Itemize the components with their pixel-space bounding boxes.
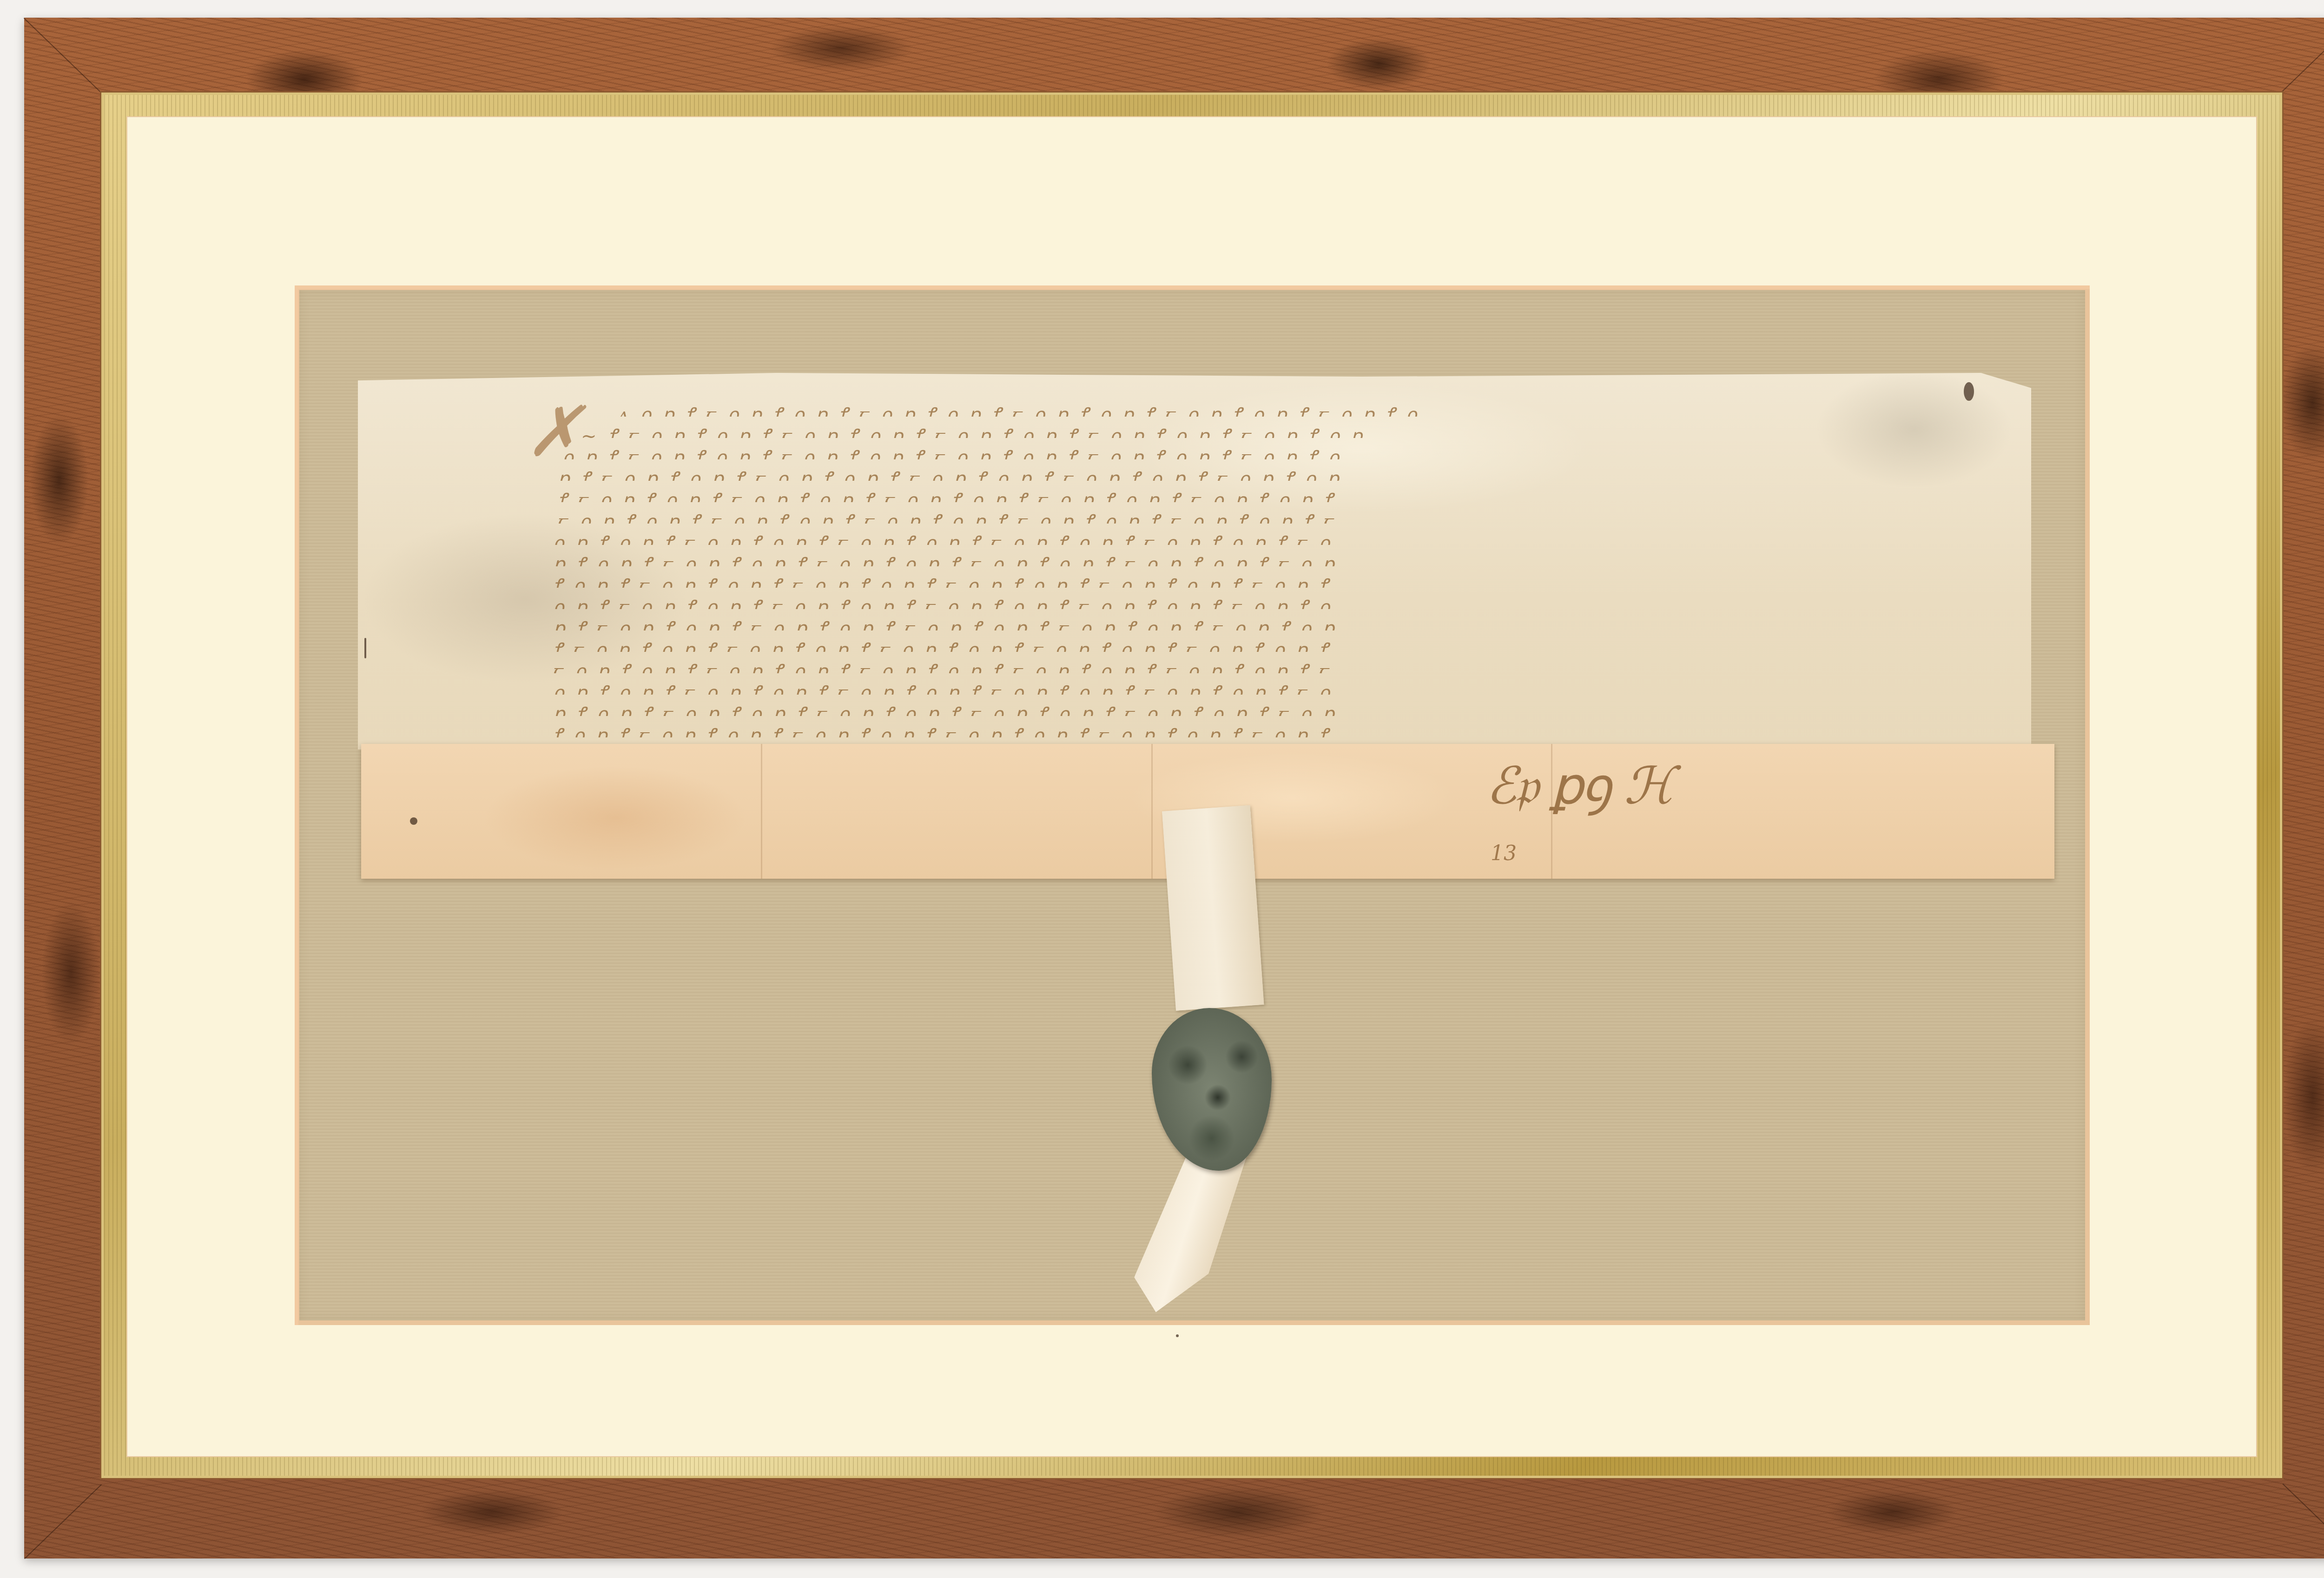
signature-number: 13 (1491, 842, 1517, 865)
mat-speck (1176, 1334, 1179, 1337)
script-line-2: ~ ꝭ ꞇ ꝯ ꝑ ꝭ ꝯ ꝑ ꝭ ꞇ ꝯ ꝑ ꝭ ꝯ ꝑ ꝭ ꞇ ꝯ ꝑ ꝭ … (581, 422, 1994, 438)
ink-blot (1964, 382, 1974, 401)
script-line-5: ꝭ ꞇ ꝯ ꝑ ꝭ ꝯ ꝑ ꝭ ꞇ ꝯ ꝑ ꝭ ꝯ ꝑ ꝭ ꞇ ꝯ ꝑ ꝭ ꝯ … (558, 486, 1994, 502)
parchment-document: ✗ ᴧ ꝯ ꝑ ꝭ ꞇ ꝯ ꝑ ꝭ ꝯ ꝑ ꝭ ꞇ ꝯ ꝑ ꝭ ꝯ ꝑ ꝭ ꞇ … (358, 373, 2031, 749)
crease-line (1151, 744, 1153, 879)
script-line-13: ꞇ ꝯ ꝑ ꝭ ꝯ ꝑ ꝭ ꞇ ꝯ ꝑ ꝭ ꝯ ꝑ ꝭ ꞇ ꝯ ꝑ ꝭ ꝯ ꝑ … (553, 657, 1994, 673)
script-line-7: ꝯ ꝑ ꝭ ꝯ ꝑ ꝭ ꞇ ꝯ ꝑ ꝭ ꝯ ꝑ ꝭ ꞇ ꝯ ꝑ ꝭ ꝯ ꝑ ꝭ … (553, 529, 1994, 545)
notary-signature: ℰ𝔭 ꝑꝯ ℋ (1486, 762, 1839, 865)
script-line-12: ꝭ ꞇ ꝯ ꝑ ꝭ ꝯ ꝑ ꝭ ꞇ ꝯ ꝑ ꝭ ꝯ ꝑ ꝭ ꞇ ꝯ ꝑ ꝭ ꝯ … (553, 636, 1994, 652)
seal-tag-upper (1162, 805, 1264, 1011)
margin-tick (364, 638, 366, 658)
script-line-8: ꝑ ꝭ ꝯ ꝑ ꝭ ꞇ ꝯ ꝑ ꝭ ꝯ ꝑ ꝭ ꞇ ꝯ ꝑ ꝭ ꝯ ꝑ ꝭ ꞇ … (553, 550, 1994, 566)
script-line-4: ꝑ ꝭ ꞇ ꝯ ꝑ ꝭ ꝯ ꝑ ꝭ ꞇ ꝯ ꝑ ꝭ ꝯ ꝑ ꝭ ꞇ ꝯ ꝑ ꝭ … (558, 465, 1994, 481)
script-line-3: ꝯ ꝑ ꝭ ꞇ ꝯ ꝑ ꝭ ꝯ ꝑ ꝭ ꞇ ꝯ ꝑ ꝭ ꝯ ꝑ ꝭ ꞇ ꝯ ꝑ … (562, 444, 1994, 459)
script-line-9: ꝭ ꝯ ꝑ ꝭ ꞇ ꝯ ꝑ ꝭ ꝯ ꝑ ꝭ ꞇ ꝯ ꝑ ꝭ ꝯ ꝑ ꝭ ꞇ ꝯ … (553, 572, 1994, 588)
crease-line (761, 744, 762, 879)
script-line-1: ᴧ ꝯ ꝑ ꝭ ꞇ ꝯ ꝑ ꝭ ꝯ ꝑ ꝭ ꞇ ꝯ ꝑ ꝭ ꝯ ꝑ ꝭ ꞇ ꝯ … (618, 401, 1994, 417)
script-line-6: ꞇ ꝯ ꝑ ꝭ ꝯ ꝑ ꝭ ꞇ ꝯ ꝑ ꝭ ꝯ ꝑ ꝭ ꞇ ꝯ ꝑ ꝭ ꝯ ꝑ … (558, 508, 1994, 524)
frame-miter-bottom-right (2283, 1484, 2324, 1558)
script-line-16: ꝭ ꝯ ꝑ ꝭ ꞇ ꝯ ꝑ ꝭ ꝯ ꝑ ꝭ ꞇ ꝯ ꝑ ꝭ ꝯ ꝑ ꝭ ꞇ ꝯ … (553, 722, 1994, 737)
frame-miter-bottom-left (24, 1484, 102, 1559)
frame-miter-top-right (2282, 17, 2324, 92)
opening-cross-mark: ✗ (525, 391, 584, 472)
script-line-11: ꝑ ꝭ ꞇ ꝯ ꝑ ꝭ ꝯ ꝑ ꝭ ꞇ ꝯ ꝑ ꝭ ꝯ ꝑ ꝭ ꞇ ꝯ ꝑ ꝭ … (553, 615, 1994, 630)
frame-miter-top-left (24, 18, 101, 93)
script-line-10: ꝯ ꝑ ꝭ ꞇ ꝯ ꝑ ꝭ ꝯ ꝑ ꝭ ꞇ ꝯ ꝑ ꝭ ꝯ ꝑ ꝭ ꞇ ꝯ ꝑ … (553, 593, 1994, 609)
pinhole (410, 817, 417, 825)
script-line-15: ꝑ ꝭ ꝯ ꝑ ꝭ ꞇ ꝯ ꝑ ꝭ ꝯ ꝑ ꝭ ꞇ ꝯ ꝑ ꝭ ꝯ ꝑ ꝭ ꞇ … (553, 700, 1994, 716)
script-line-14: ꝯ ꝑ ꝭ ꝯ ꝑ ꝭ ꞇ ꝯ ꝑ ꝭ ꝯ ꝑ ꝭ ꞇ ꝯ ꝑ ꝭ ꝯ ꝑ ꝭ … (553, 679, 1994, 695)
